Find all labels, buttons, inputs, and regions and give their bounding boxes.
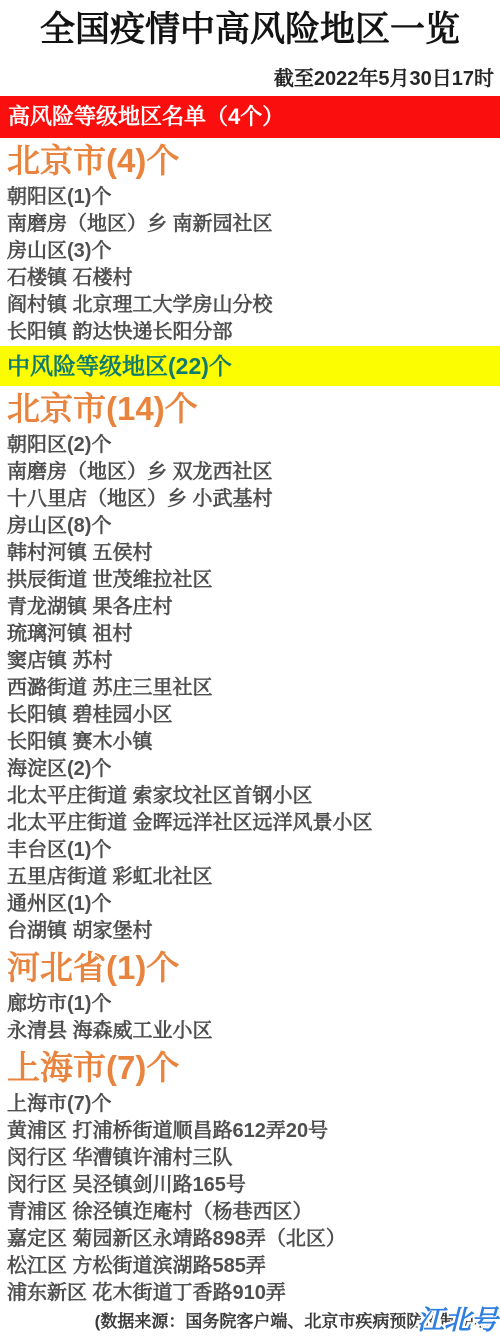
page-title: 全国疫情中高风险地区一览 bbox=[0, 6, 500, 54]
list-item: 丰台区(1)个 bbox=[7, 837, 500, 864]
list-item: 永清县 海森威工业小区 bbox=[7, 1018, 500, 1045]
list-item: 南磨房（地区）乡 南新园社区 bbox=[7, 211, 500, 238]
list-item: 长阳镇 韵达快递长阳分部 bbox=[7, 319, 500, 346]
list-item: 通州区(1)个 bbox=[7, 891, 500, 918]
list-item: 北太平庄街道 金晖远洋社区远洋风景小区 bbox=[7, 810, 500, 837]
list-item: 北太平庄街道 索家坟社区首钢小区 bbox=[7, 783, 500, 810]
list-item: 嘉定区 菊园新区永靖路898弄（北区） bbox=[7, 1226, 500, 1253]
watermark: 江北号 bbox=[417, 1298, 498, 1337]
list-item: 青龙湖镇 果各庄村 bbox=[7, 594, 500, 621]
list-item: 闵行区 华漕镇许浦村三队 bbox=[7, 1145, 500, 1172]
list-item: 廊坊市(1)个 bbox=[7, 991, 500, 1018]
list-item: 黄浦区 打浦桥街道顺昌路612弄20号 bbox=[7, 1118, 500, 1145]
list-item: 朝阳区(1)个 bbox=[7, 184, 500, 211]
list-item: 琉璃河镇 祖村 bbox=[7, 621, 500, 648]
province-heading: 上海市(7)个 bbox=[7, 1045, 500, 1091]
high-risk-list: 北京市(4)个朝阳区(1)个南磨房（地区）乡 南新园社区房山区(3)个石楼镇 石… bbox=[0, 138, 500, 346]
list-item: 阎村镇 北京理工大学房山分校 bbox=[7, 292, 500, 319]
province-heading: 河北省(1)个 bbox=[7, 945, 500, 991]
list-item: 台湖镇 胡家堡村 bbox=[7, 918, 500, 945]
list-item: 石楼镇 石楼村 bbox=[7, 265, 500, 292]
list-item: 上海市(7)个 bbox=[7, 1091, 500, 1118]
list-item: 五里店街道 彩虹北社区 bbox=[7, 864, 500, 891]
list-item: 韩村河镇 五侯村 bbox=[7, 540, 500, 567]
list-item: 松江区 方松街道滨湖路585弄 bbox=[7, 1253, 500, 1280]
list-item: 长阳镇 碧桂园小区 bbox=[7, 702, 500, 729]
list-item: 西潞街道 苏庄三里社区 bbox=[7, 675, 500, 702]
list-item: 朝阳区(2)个 bbox=[7, 432, 500, 459]
list-item: 十八里店（地区）乡 小武基村 bbox=[7, 486, 500, 513]
list-item: 窦店镇 苏村 bbox=[7, 648, 500, 675]
medium-risk-banner: 中风险等级地区(22)个 bbox=[0, 346, 500, 386]
list-item: 拱辰街道 世茂维拉社区 bbox=[7, 567, 500, 594]
infographic-page: 全国疫情中高风险地区一览 截至2022年5月30日17时 高风险等级地区名单（4… bbox=[0, 0, 500, 1338]
list-item: 房山区(8)个 bbox=[7, 513, 500, 540]
list-item: 房山区(3)个 bbox=[7, 238, 500, 265]
list-item: 闵行区 吴泾镇剑川路165号 bbox=[7, 1172, 500, 1199]
as-of-date: 截至2022年5月30日17时 bbox=[0, 66, 500, 92]
high-risk-banner: 高风险等级地区名单（4个） bbox=[0, 96, 500, 138]
list-item: 南磨房（地区）乡 双龙西社区 bbox=[7, 459, 500, 486]
province-heading: 北京市(4)个 bbox=[7, 138, 500, 184]
list-item: 长阳镇 赛木小镇 bbox=[7, 729, 500, 756]
province-heading: 北京市(14)个 bbox=[7, 386, 500, 432]
list-item: 海淀区(2)个 bbox=[7, 756, 500, 783]
list-item: 青浦区 徐泾镇迮庵村（杨巷西区） bbox=[7, 1199, 500, 1226]
medium-risk-list: 北京市(14)个朝阳区(2)个南磨房（地区）乡 双龙西社区十八里店（地区）乡 小… bbox=[0, 386, 500, 1307]
